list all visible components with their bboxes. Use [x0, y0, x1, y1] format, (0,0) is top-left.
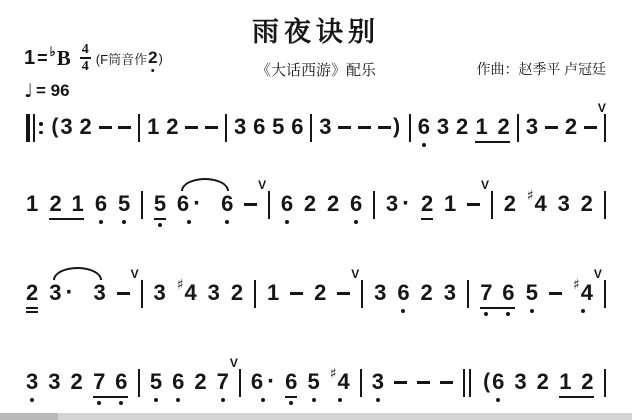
note-2: 2 — [71, 369, 83, 395]
breath-mark: V — [594, 267, 602, 281]
note-1: 1 — [444, 191, 456, 217]
dash-glyph — [358, 126, 371, 129]
low-octave-dot — [154, 398, 158, 402]
note-1: 1 — [267, 280, 279, 306]
low-octave-dot — [401, 309, 405, 313]
note-6: 6· — [251, 369, 275, 402]
low-octave-dot — [176, 398, 180, 402]
beam-underline — [154, 218, 166, 220]
note-2: 2 — [456, 114, 468, 140]
dash-glyph — [244, 203, 257, 206]
note-2: 2 — [497, 114, 510, 140]
beam-group: 21 — [49, 191, 84, 220]
low-octave-dot — [187, 220, 191, 224]
fingering-close: ) — [159, 51, 163, 66]
repeat-start-barline — [26, 114, 43, 142]
note-4: ♯4 — [330, 369, 350, 402]
note-3: 3 — [558, 191, 570, 217]
low-octave-dot — [225, 220, 229, 224]
note-3: 3 — [26, 369, 38, 402]
augmentation-dot: · — [402, 191, 410, 217]
sharp-icon: ♯ — [573, 278, 580, 292]
barline — [604, 114, 606, 142]
note-3: 3 — [208, 280, 220, 306]
note-6: 6 — [221, 191, 233, 224]
note-2: 2 — [565, 114, 577, 140]
tempo-marking: ♩ = 96 — [24, 80, 163, 102]
note-2: 2 — [537, 369, 549, 395]
note-4: ♯4 — [177, 280, 197, 306]
note-7: 7V — [217, 369, 229, 402]
duration-dash — [338, 114, 351, 140]
low-octave-dot — [376, 398, 380, 402]
note-3: 3· — [49, 280, 73, 306]
duration-dash — [549, 280, 562, 306]
barline — [409, 114, 411, 142]
key-letter: B — [57, 46, 71, 71]
low-octave-dot — [289, 401, 293, 405]
note-3: 3 — [526, 114, 538, 140]
note-4: ♯4V — [573, 280, 593, 313]
barline — [138, 114, 140, 142]
fingering-number: 2 — [148, 48, 157, 68]
sharp-icon: ♯ — [527, 189, 534, 203]
beam-underline — [26, 311, 38, 313]
breath-mark: V — [351, 267, 359, 281]
barline — [239, 369, 241, 397]
fingering-note: (F筒音作 2 ) — [96, 48, 163, 68]
score-line-3: 23·3V3♯43212V3623765♯4V — [0, 280, 632, 316]
note-5: 5 — [526, 280, 538, 313]
note-3: 3 — [514, 369, 526, 395]
score-line-1: (321236563)6321232V — [0, 114, 632, 147]
note-5: 5 — [307, 369, 319, 402]
key-signature: 1 = ♭ B 4 4 (F筒音作 2 ) — [24, 42, 163, 75]
tie-group: 3·3 — [49, 280, 106, 306]
dash-glyph — [549, 292, 562, 295]
double-barline — [463, 369, 471, 397]
duration-dash — [99, 114, 112, 140]
breath-mark: V — [481, 178, 489, 192]
duration-dash: V — [244, 191, 257, 217]
dash-glyph — [338, 126, 351, 129]
duration-dash — [358, 114, 371, 140]
barline — [138, 369, 140, 397]
bottom-strip — [0, 413, 632, 420]
note-6: 6 — [291, 114, 303, 140]
barline — [254, 280, 256, 308]
note-2: 2 — [49, 191, 62, 217]
barline — [373, 191, 375, 219]
beam-underline — [421, 218, 433, 220]
barline — [604, 280, 606, 308]
barline — [360, 369, 362, 397]
fingering-text: (F筒音作 — [96, 49, 147, 68]
augmentation-dot: · — [267, 369, 275, 395]
beam-underline — [49, 218, 84, 220]
dash-glyph — [118, 126, 131, 129]
note-6: 6 — [172, 369, 184, 402]
note-7: 7 — [93, 369, 106, 395]
note-6: 6 — [95, 191, 107, 224]
note-2: 2 — [79, 114, 91, 140]
note-2: 2 — [581, 369, 594, 395]
note-3: 3 — [48, 369, 60, 395]
augmentation-dot: · — [65, 280, 73, 306]
low-octave-dot — [30, 398, 34, 402]
note-6: 6 — [418, 114, 430, 147]
dash-glyph — [185, 126, 198, 129]
note-3: 3 — [154, 280, 166, 306]
quarter-note-icon: ♩ — [24, 80, 33, 102]
duration-dash — [440, 369, 453, 395]
note-6: 6 — [350, 191, 362, 224]
tie-group: 6·6 — [177, 191, 234, 224]
note-6: 6 — [397, 280, 409, 313]
low-octave-dot — [496, 398, 500, 402]
barline — [604, 369, 606, 397]
note-6: 6 — [281, 191, 293, 224]
note-5: 5 — [154, 191, 166, 227]
sharp-icon: ♯ — [177, 278, 184, 292]
beam-group: 76 — [480, 280, 515, 316]
flat-icon: ♭ — [50, 44, 56, 60]
beam-underline — [475, 141, 510, 143]
barline — [310, 114, 312, 142]
note-6: 6 — [115, 369, 128, 395]
barline — [225, 114, 227, 142]
note-3: 3 — [374, 280, 386, 306]
tempo-value: 96 — [51, 81, 70, 101]
augmentation-dot: · — [193, 191, 201, 217]
note-2: 2 — [304, 191, 316, 217]
score-line-2: 1216556·6V62263·21V2♯432 — [0, 191, 632, 227]
dash-glyph — [394, 381, 407, 384]
low-octave-dot — [354, 220, 358, 224]
note-6: 6 — [253, 114, 265, 140]
barline — [467, 280, 469, 308]
note-6: (6 — [481, 369, 504, 402]
low-octave-dot — [97, 401, 101, 405]
score-line-4: 332765627V6·65♯43(63212 — [0, 369, 632, 405]
open-paren: ( — [51, 114, 58, 140]
note-6: 6 — [502, 280, 515, 306]
note-3: 3· — [386, 191, 410, 217]
note-2: 2 — [421, 280, 433, 306]
duration-dash — [118, 114, 131, 140]
dash-glyph — [117, 292, 130, 295]
low-octave-dot — [261, 398, 265, 402]
note-3: 3 — [319, 114, 331, 140]
tempo-equals: = — [36, 81, 46, 101]
note-2: 2 — [231, 280, 243, 306]
note-1: 1 — [71, 191, 84, 217]
close-paren: ) — [393, 114, 400, 140]
dash-glyph — [584, 126, 597, 129]
barline — [604, 191, 606, 219]
note-2: 2 — [26, 280, 38, 313]
dash-glyph — [290, 292, 303, 295]
beam-group: 12 — [475, 114, 510, 143]
low-octave-dot — [158, 223, 162, 227]
duration-dash — [205, 114, 218, 140]
note-3: (3 — [49, 114, 72, 140]
note-2: 2 — [504, 191, 516, 217]
barline — [361, 280, 363, 308]
low-octave-dot — [285, 220, 289, 224]
low-octave-dot — [312, 398, 316, 402]
note-2: 2 — [194, 369, 206, 395]
beam-underline — [285, 396, 297, 398]
low-octave-dot — [221, 398, 225, 402]
sharp-icon: ♯ — [330, 367, 337, 381]
dash-glyph — [417, 381, 430, 384]
note-5: 5 — [150, 369, 162, 402]
bottom-strip-left — [0, 413, 58, 420]
barline — [268, 191, 270, 219]
note-1: 1 — [147, 114, 159, 140]
breath-mark: V — [131, 267, 139, 281]
note-5: 5 — [272, 114, 284, 140]
time-signature: 4 4 — [80, 42, 91, 75]
dash-glyph — [440, 381, 453, 384]
low-octave-dot — [422, 143, 426, 147]
note-7: 7 — [480, 280, 493, 306]
note-2: 2 — [421, 191, 433, 220]
key-tonic: 1 — [24, 47, 35, 70]
barline — [517, 114, 519, 142]
meter-denominator: 4 — [82, 59, 89, 74]
note-3: 3 — [93, 280, 105, 306]
composer-credit: 作曲：赵季平 卢冠廷 — [477, 59, 607, 79]
beam-group: 76 — [93, 369, 128, 405]
note-2: 2 — [314, 280, 326, 306]
low-octave-dot — [506, 312, 510, 316]
low-octave-dot — [484, 312, 488, 316]
note-3: 3 — [372, 369, 384, 402]
note-1: 1 — [26, 191, 38, 217]
duration-dash — [185, 114, 198, 140]
note-2: 2 — [581, 191, 593, 217]
note-3: 3 — [444, 280, 456, 306]
duration-dash: V — [337, 280, 350, 306]
note-1: 1 — [559, 369, 572, 395]
dash-glyph — [467, 203, 480, 206]
beam-underline — [559, 396, 594, 398]
low-octave-dot — [99, 220, 103, 224]
beam-group: 12 — [559, 369, 594, 398]
key-tempo-block: 1 = ♭ B 4 4 (F筒音作 2 ) ♩ = 96 — [24, 42, 163, 102]
barline — [491, 191, 493, 219]
equals-sign: = — [37, 48, 48, 69]
note-6: 6· — [177, 191, 201, 224]
duration-dash — [545, 114, 558, 140]
breath-mark: V — [230, 356, 238, 370]
low-octave-dot — [122, 220, 126, 224]
duration-dash — [290, 280, 303, 306]
sheet-music-page: 雨夜诀别 《大话西游》配乐 作曲：赵季平 卢冠廷 1 = ♭ B 4 4 (F筒… — [0, 0, 632, 420]
barline — [141, 191, 143, 219]
dash-glyph — [205, 126, 218, 129]
duration-dash: V — [584, 114, 597, 140]
note-2: 2 — [327, 191, 339, 217]
low-octave-dot — [581, 309, 585, 313]
duration-dash: V — [467, 191, 480, 217]
note-5: 5 — [118, 191, 130, 224]
barline — [141, 280, 143, 308]
duration-dash — [417, 369, 430, 395]
low-octave-dot — [530, 309, 534, 313]
low-octave-dot — [338, 398, 342, 402]
dash-glyph — [99, 126, 112, 129]
note-4: ♯4 — [527, 191, 547, 217]
note-3: 3 — [437, 114, 449, 140]
breath-mark: V — [598, 101, 606, 115]
low-octave-dot — [119, 401, 123, 405]
note-1: 1 — [475, 114, 488, 140]
note-6: 6 — [285, 369, 297, 405]
duration-dash: ) — [378, 114, 402, 140]
dash-glyph — [378, 126, 391, 129]
breath-mark: V — [258, 178, 266, 192]
open-paren: ( — [483, 369, 490, 395]
meter-numerator: 4 — [80, 42, 91, 59]
dash-glyph — [545, 126, 558, 129]
note-3: 3 — [234, 114, 246, 140]
duration-dash — [394, 369, 407, 395]
dash-glyph — [337, 292, 350, 295]
beam-underline — [26, 307, 38, 309]
note-2: 2 — [166, 114, 178, 140]
duration-dash: V — [117, 280, 130, 306]
